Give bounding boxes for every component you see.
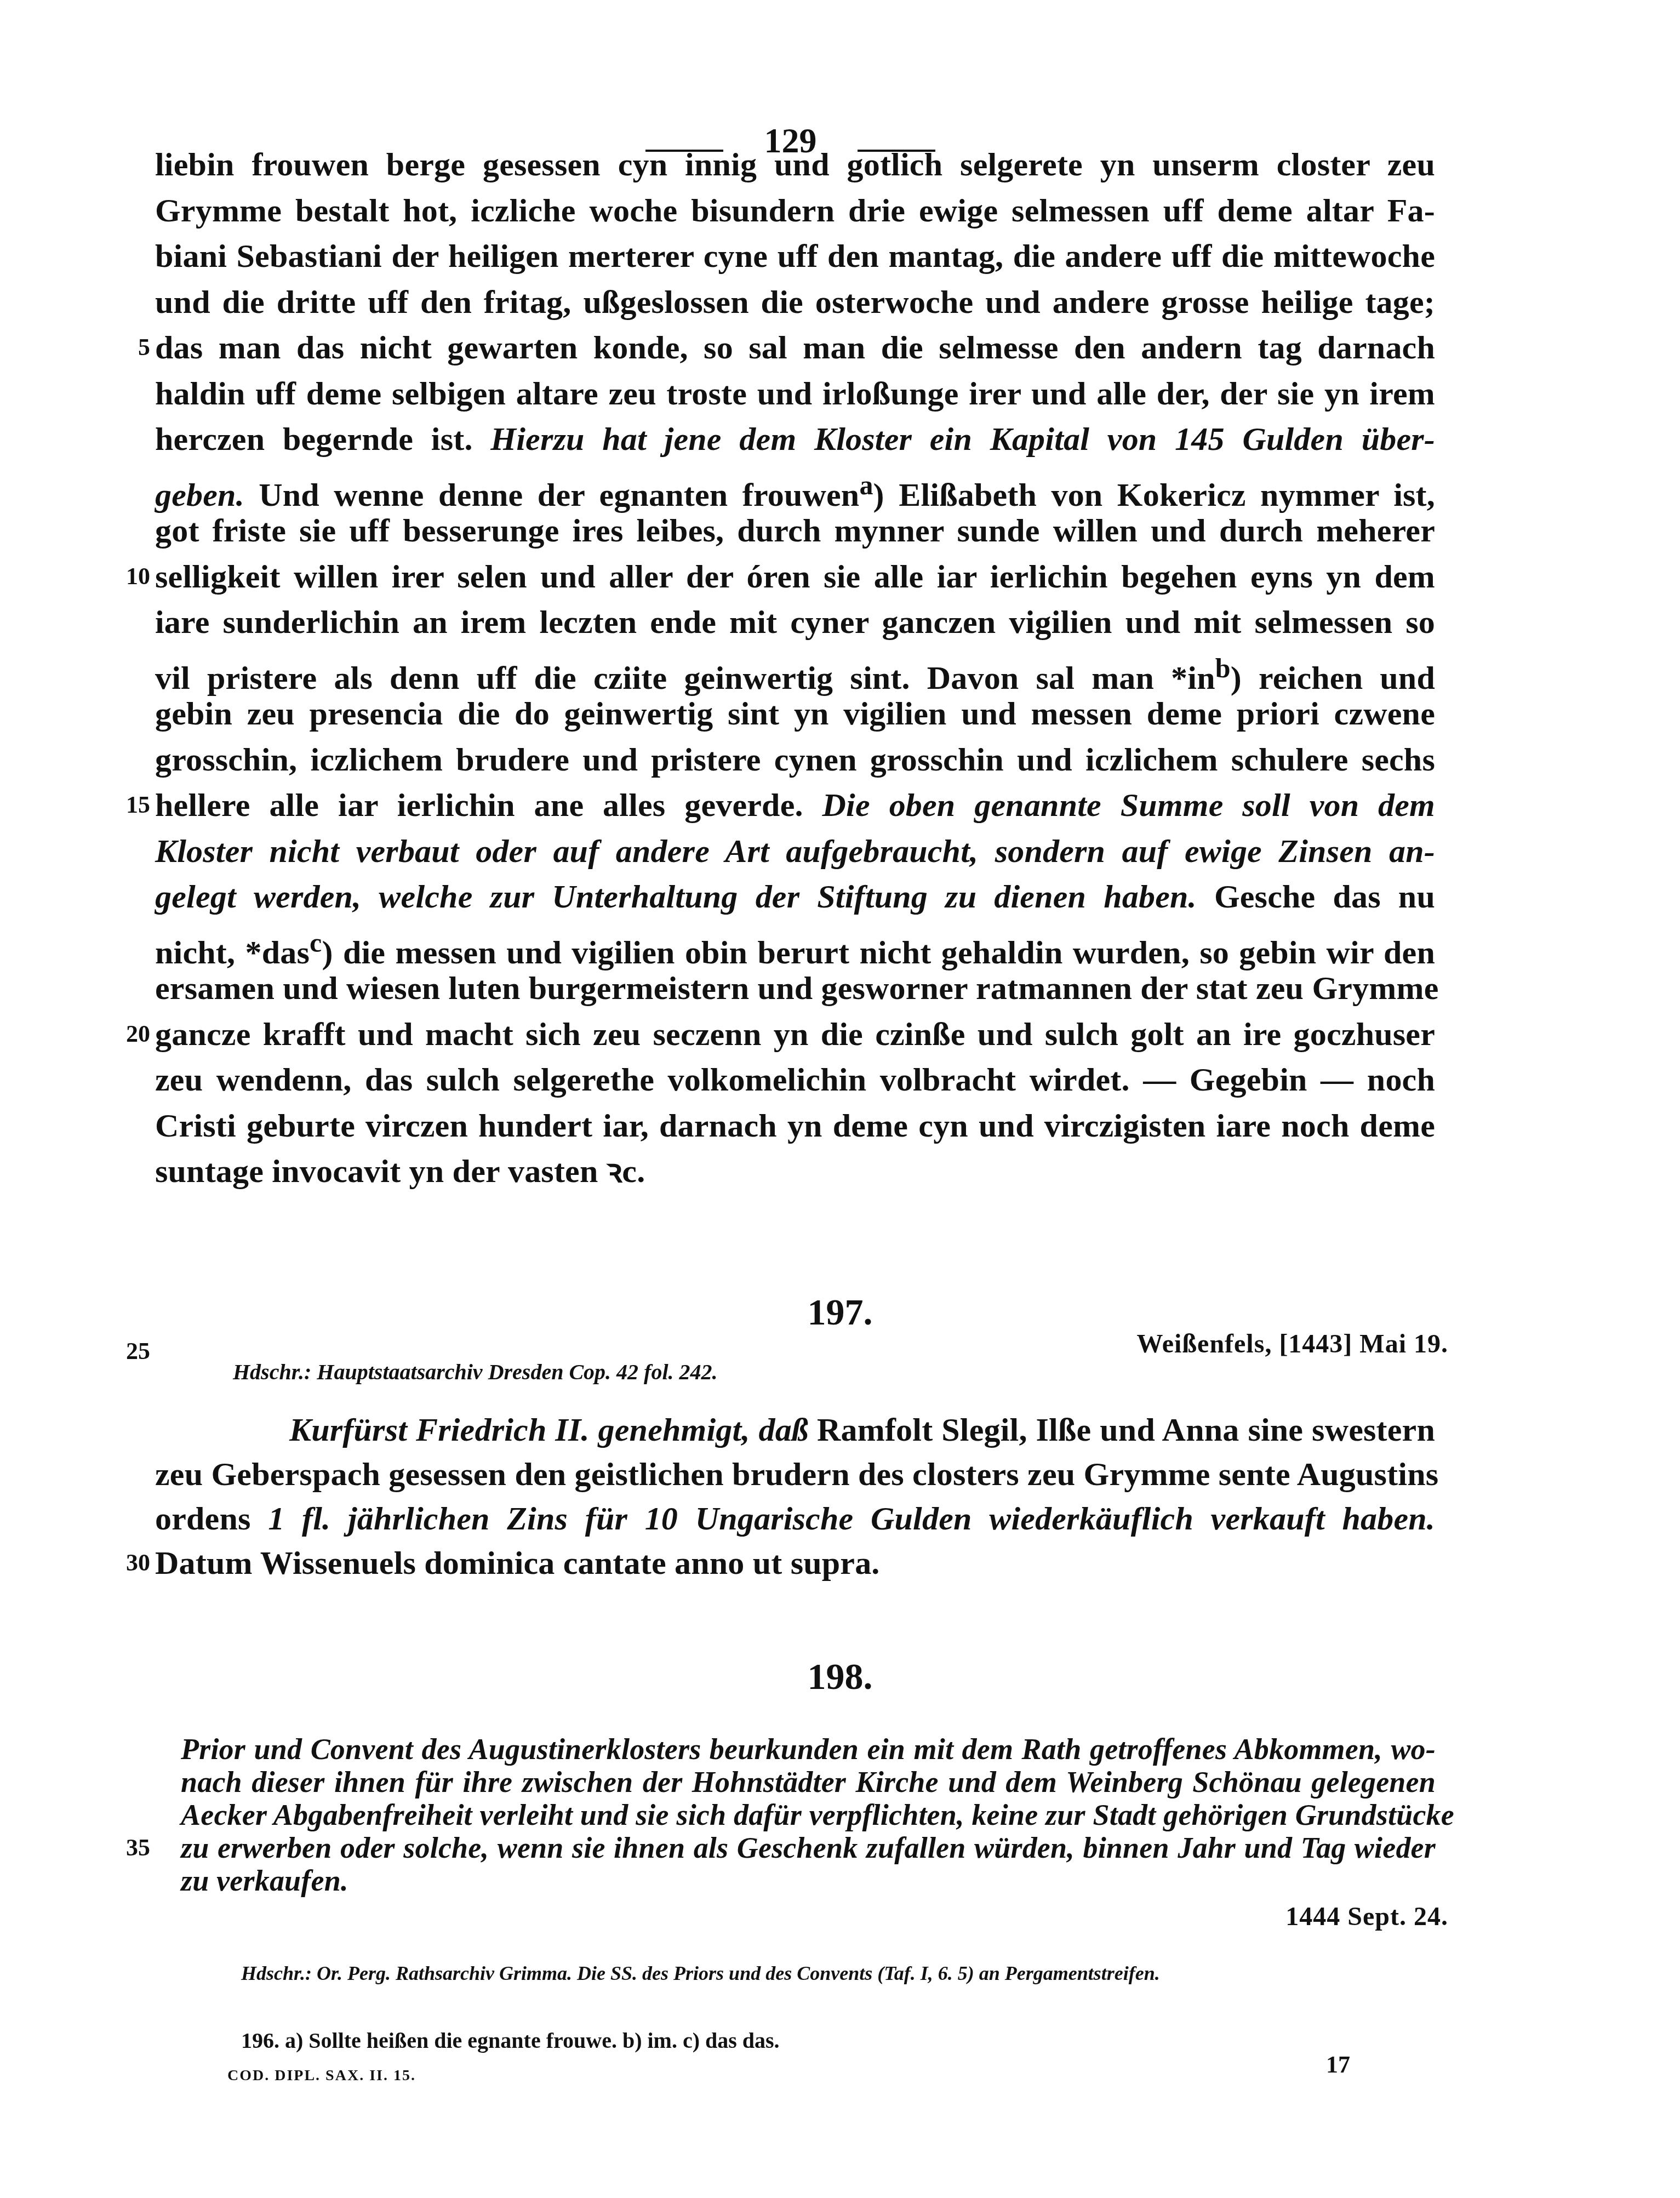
regest-line: Prior und Convent des Augustinerklosters… (0, 1733, 1680, 1766)
text-line: 10selligkeit willen irer selen und aller… (0, 553, 1680, 600)
text-line: 15hellere alle iar ierlichin ane alles g… (0, 782, 1680, 828)
text-line: gebin zeu presencia die do geinwertig si… (0, 690, 1680, 737)
line-text: zeu wendenn, das sulch selgerethe volkom… (155, 1057, 1435, 1103)
line-text: das man das nicht gewarten konde, so sal… (155, 324, 1435, 370)
regest-line: nach dieser ihnen für ihre zwischen der … (0, 1766, 1680, 1799)
text-line: herczen begernde ist. Hierzu hat jene de… (0, 416, 1680, 462)
text-line: nicht, *dasc) die messen und vigilien ob… (0, 920, 1680, 966)
line-text: zu erwerben oder solche, wenn sie ihnen … (181, 1831, 1436, 1864)
text-line: grosschin, iczlichem brudere und prister… (0, 737, 1680, 783)
line-text: Prior und Convent des Augustinerklosters… (181, 1733, 1436, 1766)
margin-line-number: 35 (116, 1831, 150, 1864)
margin-line-number: 20 (116, 1011, 150, 1057)
text-line: zeu Geberspach gesessen den geistlichen … (0, 1451, 1680, 1497)
line-text: Aecker Abgabenfreiheit verleiht und sie … (181, 1799, 1436, 1831)
doc-197-place-date: Weißenfels, [1443] Mai 19. (1136, 1329, 1448, 1359)
line-text: liebin frouwen berge gesessen cyn innig … (155, 141, 1435, 187)
margin-line-number-25: 25 (116, 1337, 150, 1365)
line-text: selligkeit willen irer selen und aller d… (155, 553, 1435, 600)
text-line: Grymme bestalt hot, iczliche woche bisun… (0, 187, 1680, 233)
line-text: gelegt werden, welche zur Unterhaltung d… (155, 874, 1435, 920)
line-text: biani Sebastiani der heiligen merterer c… (155, 233, 1435, 279)
line-text: ersamen und wiesen luten burgermeistern … (155, 965, 1435, 1011)
line-text: ordens 1 fl. jährlichen Zins für 10 Unga… (155, 1495, 1435, 1542)
doc-198-number: 198. (0, 1655, 1680, 1698)
doc-198-date: 1444 Sept. 24. (1285, 1902, 1448, 1932)
line-text: iare sunderlichin an irem leczten ende m… (155, 599, 1435, 645)
text-line: ordens 1 fl. jährlichen Zins für 10 Unga… (0, 1495, 1680, 1542)
line-text: gebin zeu presencia die do geinwertig si… (155, 690, 1435, 737)
doc-197-number: 197. (0, 1291, 1680, 1334)
text-line: Cristi geburte virczen hundert iar, darn… (0, 1103, 1680, 1149)
text-line: gelegt werden, welche zur Unterhaltung d… (0, 874, 1680, 920)
line-text: haldin uff deme selbigen altare zeu tros… (155, 370, 1435, 416)
text-line: suntage invocavit yn der vasten ꝛc. (0, 1148, 1680, 1194)
text-line: liebin frouwen berge gesessen cyn innig … (0, 141, 1680, 187)
line-text: got friste sie uff besserunge ires leibe… (155, 507, 1435, 553)
text-line: Kurfürst Friedrich II. genehmigt, daß Ra… (0, 1407, 1680, 1453)
line-text: nach dieser ihnen für ihre zwischen der … (181, 1766, 1436, 1799)
line-text: grosschin, iczlichem brudere und prister… (155, 737, 1435, 783)
margin-line-number: 5 (116, 324, 150, 370)
line-text: zeu Geberspach gesessen den geistlichen … (155, 1451, 1435, 1497)
text-line: zeu wendenn, das sulch selgerethe volkom… (0, 1057, 1680, 1103)
line-text: gancze krafft und macht sich zeu seczenn… (155, 1011, 1435, 1057)
text-line: ersamen und wiesen luten burgermeistern … (0, 965, 1680, 1011)
doc-198-source: Hdschr.: Or. Perg. Rathsarchiv Grimma. D… (241, 1962, 1160, 1985)
text-line: biani Sebastiani der heiligen merterer c… (0, 233, 1680, 279)
text-line: Kloster nicht verbaut oder auf andere Ar… (0, 828, 1680, 874)
margin-line-number: 30 (116, 1540, 150, 1586)
text-line: geben. Und wenne denne der egnanten frou… (0, 462, 1680, 508)
line-text: suntage invocavit yn der vasten ꝛc. (155, 1148, 1435, 1194)
sheet-number: 17 (1326, 2051, 1350, 2079)
line-text: Cristi geburte virczen hundert iar, darn… (155, 1103, 1435, 1149)
text-line: 5das man das nicht gewarten konde, so sa… (0, 324, 1680, 370)
line-text: Kurfürst Friedrich II. genehmigt, daß Ra… (155, 1407, 1435, 1453)
line-text: hellere alle iar ierlichin ane alles gev… (155, 782, 1435, 828)
regest-line: zu verkaufen. (0, 1864, 1680, 1897)
text-line: 30Datum Wissenuels dominica cantate anno… (0, 1540, 1680, 1586)
line-text: Datum Wissenuels dominica cantate anno u… (155, 1540, 1435, 1586)
doc-197-source: Hdschr.: Hauptstaatsarchiv Dresden Cop. … (233, 1359, 718, 1385)
line-text: Kloster nicht verbaut oder auf andere Ar… (155, 828, 1435, 874)
text-line: und die dritte uff den fritag, ußgesloss… (0, 279, 1680, 325)
footnotes: 196. a) Sollte heißen die egnante frouwe… (241, 2028, 780, 2053)
regest-line: Aecker Abgabenfreiheit verleiht und sie … (0, 1799, 1680, 1831)
text-line: haldin uff deme selbigen altare zeu tros… (0, 370, 1680, 416)
line-text: und die dritte uff den fritag, ußgesloss… (155, 279, 1435, 325)
text-line: vil pristere als denn uff die cziite gei… (0, 645, 1680, 691)
text-line: 20gancze krafft und macht sich zeu secze… (0, 1011, 1680, 1057)
document-page: 129 liebin frouwen berge gesessen cyn in… (0, 0, 1680, 2198)
margin-line-number: 10 (116, 553, 150, 600)
margin-line-number: 15 (116, 782, 150, 828)
line-text: herczen begernde ist. Hierzu hat jene de… (155, 416, 1435, 462)
sheet-signature: COD. DIPL. SAX. II. 15. (227, 2067, 416, 2085)
text-line: got friste sie uff besserunge ires leibe… (0, 507, 1680, 553)
line-text: Grymme bestalt hot, iczliche woche bisun… (155, 187, 1435, 233)
line-text: zu verkaufen. (181, 1864, 1436, 1897)
regest-line: 35zu erwerben oder solche, wenn sie ihne… (0, 1831, 1680, 1864)
text-line: iare sunderlichin an irem leczten ende m… (0, 599, 1680, 645)
